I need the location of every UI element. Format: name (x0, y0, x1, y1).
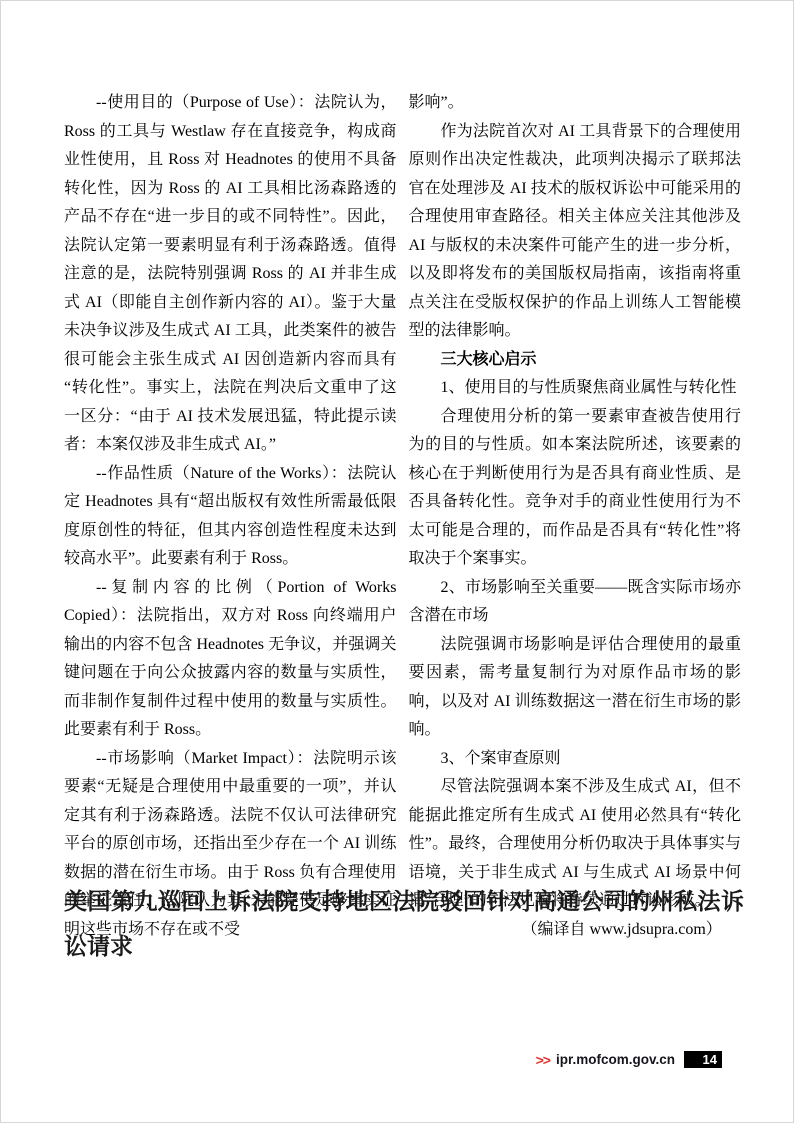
paragraph: --作品性质（Nature of the Works）：法院认定 Headnot… (64, 460, 397, 574)
page-footer: >> ipr.mofcom.gov.cn 14 (1, 1050, 722, 1069)
section-heading: 美国第九巡回上诉法院支持地区法院驳回针对高通公司的州私法诉讼请求 (64, 879, 744, 969)
double-chevron-right-icon: >> (536, 1053, 550, 1067)
paragraph: 2、市场影响至关重要——既含实际市场亦含潜在市场 (409, 574, 742, 631)
footer-site-url: ipr.mofcom.gov.cn (556, 1053, 675, 1067)
paragraph: 1、使用目的与性质聚焦商业属性与转化性 (409, 374, 742, 403)
paragraph: 3、个案审查原则 (409, 745, 742, 774)
document-page: --使用目的（Purpose of Use）：法院认为，Ross 的工具与 We… (0, 0, 794, 1123)
two-column-text-block: --使用目的（Purpose of Use）：法院认为，Ross 的工具与 We… (64, 89, 741, 944)
paragraph: 影响”。 (409, 89, 742, 118)
left-column: --使用目的（Purpose of Use）：法院认为，Ross 的工具与 We… (64, 89, 397, 944)
paragraph: 三大核心启示 (409, 346, 742, 375)
paragraph: 作为法院首次对 AI 工具背景下的合理使用原则作出决定性裁决，此项判决揭示了联邦… (409, 118, 742, 346)
paragraph: 法院强调市场影响是评估合理使用的最重要因素，需考量复制行为对原作品市场的影响，以… (409, 631, 742, 745)
page-number-badge: 14 (684, 1051, 722, 1068)
paragraph: 合理使用分析的第一要素审查被告使用行为的目的与性质。如本案法院所述，该要素的核心… (409, 403, 742, 574)
paragraph: --复制内容的比例（Portion of Works Copied）：法院指出，… (64, 574, 397, 745)
paragraph: --使用目的（Purpose of Use）：法院认为，Ross 的工具与 We… (64, 89, 397, 460)
right-column: 影响”。作为法院首次对 AI 工具背景下的合理使用原则作出决定性裁决，此项判决揭… (409, 89, 742, 944)
